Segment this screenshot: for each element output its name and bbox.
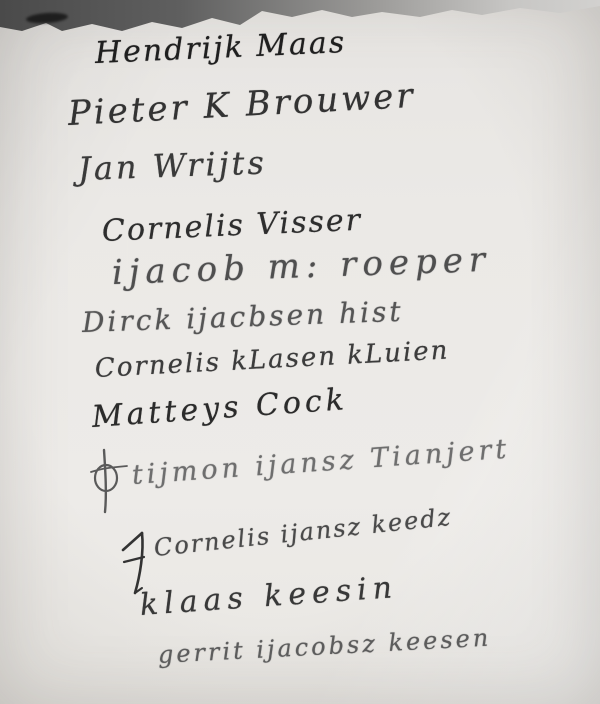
- signature-line: Pieter K Brouwer: [67, 76, 417, 134]
- signature-line: Cornelis Visser: [101, 203, 362, 249]
- ink-smudge-icon: [26, 12, 69, 25]
- signature-line: ijacob m: roeper: [111, 240, 491, 293]
- photo-background: Hendrijk Maas Pieter K Brouwer Jan Wrijt…: [0, 0, 600, 704]
- signature-line: Jan Wrijts: [77, 143, 267, 188]
- signature-line: gerrit ijacobsz keesen: [157, 624, 492, 669]
- signature-line: Matteys Cock: [91, 382, 349, 435]
- signature-line: tijmon ijansz Tianjert: [131, 434, 511, 491]
- paper-sheet: Hendrijk Maas Pieter K Brouwer Jan Wrijt…: [0, 0, 600, 704]
- signature-line: klaas keesin: [139, 570, 399, 623]
- signature-line: Cornelis kLasen kLuien: [94, 335, 450, 384]
- signature-line: Cornelis ijansz keedz: [153, 503, 454, 562]
- signature-line: Dirck ijacbsen hist: [81, 295, 404, 339]
- merk-symbol-icon: [90, 448, 130, 514]
- signature-line: Hendrijk Maas: [94, 25, 347, 71]
- house-mark-icon: [118, 530, 152, 596]
